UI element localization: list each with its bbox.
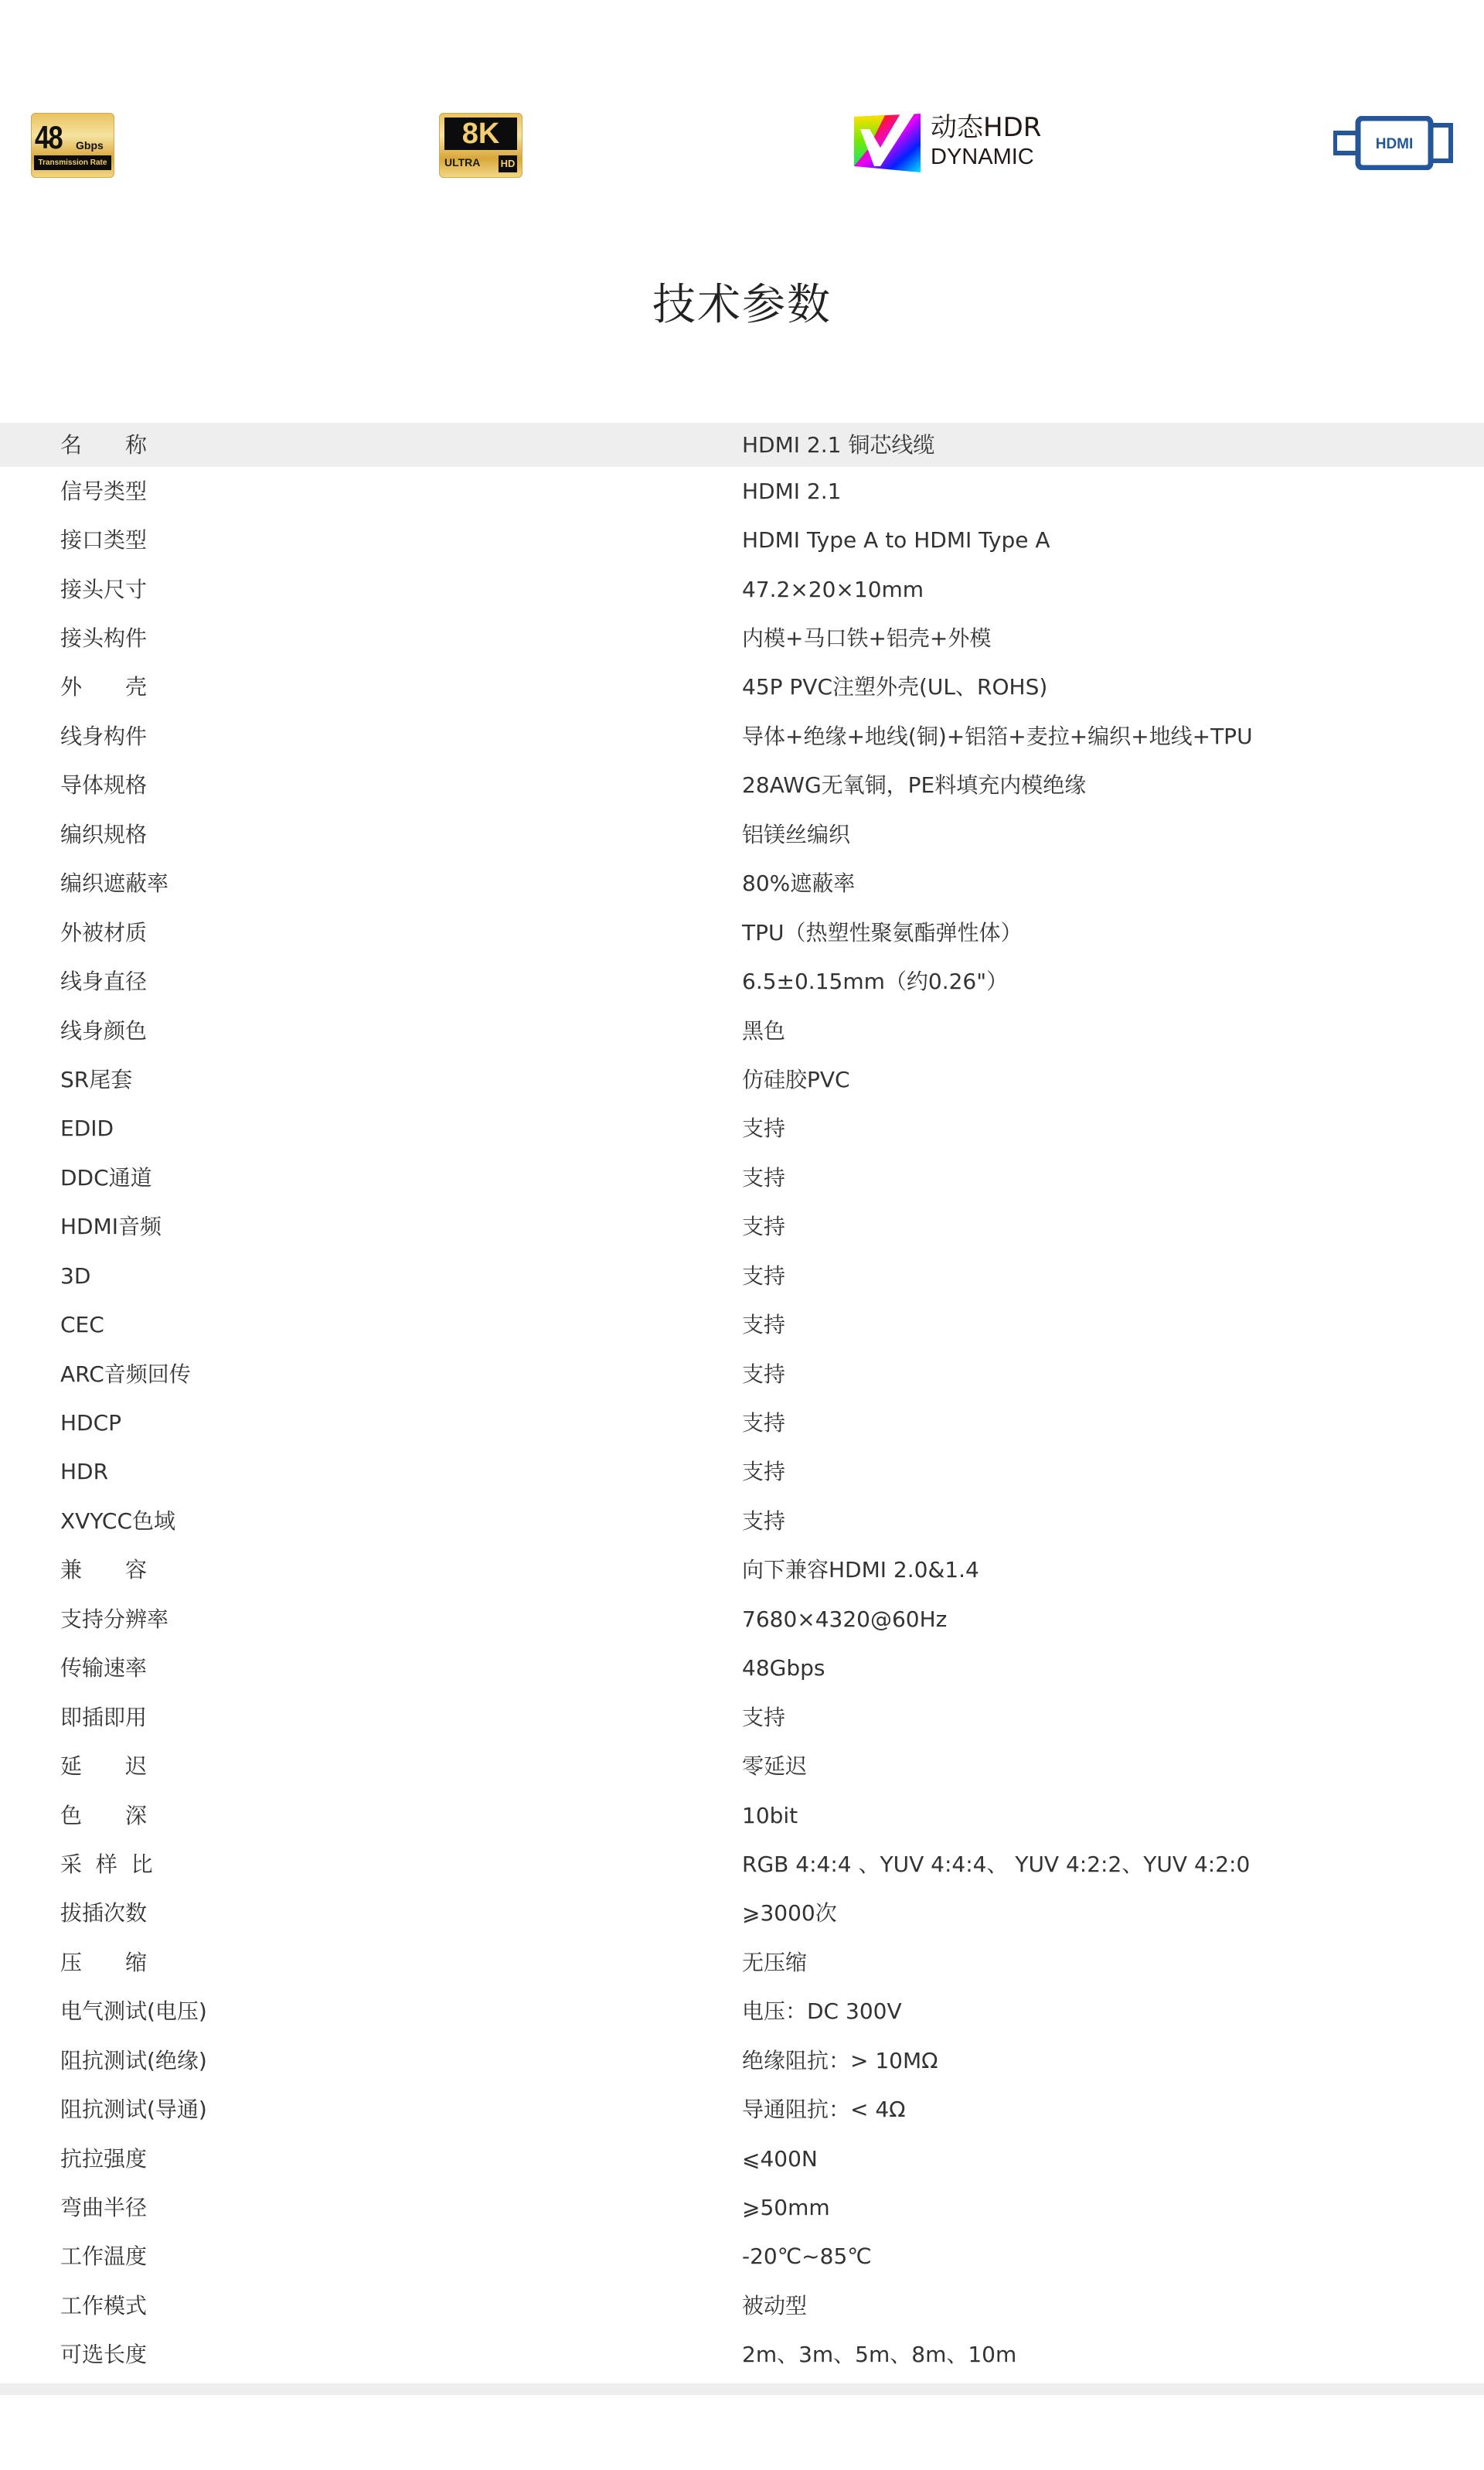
spec-label: CEC <box>60 1312 104 1338</box>
spec-value: 向下兼容HDMI 2.0&1.4 <box>742 1557 979 1583</box>
spec-label: 名 称 <box>60 432 147 458</box>
spec-row: 抗拉强度⩽400N <box>0 2134 1484 2183</box>
spec-value: 黑色 <box>742 1018 785 1044</box>
spec-value: 铝镁丝编织 <box>742 822 850 848</box>
spec-value: 内模+马口铁+铝壳+外模 <box>742 625 991 652</box>
spec-label: 即插即用 <box>60 1705 147 1731</box>
spec-label: 阻抗测试(导通) <box>60 2097 207 2123</box>
spec-label: 编织规格 <box>60 822 147 848</box>
spec-label: 压 缩 <box>60 1950 147 1976</box>
page-title: 技术参数 <box>0 274 1484 336</box>
badge-caption: Transmission Rate <box>34 155 111 170</box>
spec-value: 7680×4320@60Hz <box>742 1606 947 1633</box>
spec-row: 电气测试(电压)电压：DC 300V <box>0 1988 1484 2036</box>
spec-label: 支持分辨率 <box>60 1606 168 1633</box>
spec-value: 导体+绝缘+地线(铜)+铝箔+麦拉+编织+地线+TPU <box>742 724 1253 750</box>
spec-value: 48Gbps <box>742 1655 825 1681</box>
spec-value: 支持 <box>742 1116 785 1142</box>
spec-value: 支持 <box>742 1459 785 1485</box>
badge-unit: Gbps <box>76 139 104 152</box>
spec-label: 接口类型 <box>60 527 147 554</box>
spec-value: 支持 <box>742 1705 785 1731</box>
spec-row: 阻抗测试(绝缘)绝缘阻抗：> 10MΩ <box>0 2036 1484 2085</box>
hdr-checkmark-icon <box>854 114 921 172</box>
spec-row: SR尾套仿硅胶PVC <box>0 1055 1484 1104</box>
spec-value: 45P PVC注塑外壳(UL、ROHS) <box>742 674 1047 700</box>
spec-value: ⩾3000次 <box>742 1900 837 1927</box>
spec-label: 拔插次数 <box>60 1900 147 1927</box>
spec-value: 零延迟 <box>742 1753 807 1780</box>
spec-row: HDMI音频支持 <box>0 1203 1484 1252</box>
spec-label: 线身直径 <box>60 969 147 995</box>
spec-row: 可选长度2m、3m、5m、8m、10m <box>0 2331 1484 2380</box>
spec-value: 仿硅胶PVC <box>742 1067 850 1093</box>
spec-row: 工作温度-20℃~85℃ <box>0 2233 1484 2281</box>
spec-label: HDR <box>60 1459 108 1485</box>
spec-label: 延 迟 <box>60 1753 147 1780</box>
spec-value: ⩽400N <box>742 2146 818 2172</box>
spec-row: 延 迟零延迟 <box>0 1742 1484 1790</box>
spec-row: 传输速率48Gbps <box>0 1644 1484 1693</box>
hdr-logo-en: DYNAMIC <box>931 143 1034 171</box>
spec-label: 接头构件 <box>60 625 147 652</box>
spec-label: 线身颜色 <box>60 1018 147 1044</box>
spec-row: 工作模式被动型 <box>0 2281 1484 2330</box>
spec-table: 名 称 HDMI 2.1 铜芯线缆 信号类型HDMI 2.1接口类型HDMI T… <box>0 423 1484 2380</box>
spec-value: 28AWG无氧铜，PE料填充内模绝缘 <box>742 772 1086 799</box>
spec-row: HDR支持 <box>0 1448 1484 1497</box>
spec-row: 导体规格28AWG无氧铜，PE料填充内模绝缘 <box>0 761 1484 810</box>
spec-label: 导体规格 <box>60 772 147 799</box>
spec-row: 即插即用支持 <box>0 1693 1484 1742</box>
spec-label: 兼 容 <box>60 1557 147 1583</box>
badge-8k-text: 8K <box>444 118 517 150</box>
spec-row: 弯曲半径⩾50mm <box>0 2183 1484 2232</box>
spec-label: ARC音频回传 <box>60 1361 191 1388</box>
spec-label: 信号类型 <box>60 479 147 505</box>
spec-row: 压 缩无压缩 <box>0 1938 1484 1987</box>
spec-value: 无压缩 <box>742 1950 807 1976</box>
spec-row: 支持分辨率7680×4320@60Hz <box>0 1595 1484 1644</box>
spec-value: 导通阻抗：< 4Ω <box>742 2097 906 2123</box>
spec-label: 电气测试(电压) <box>60 1998 207 2025</box>
spec-label: 采 样 比 <box>60 1852 153 1878</box>
spec-label: 编织遮蔽率 <box>60 870 168 897</box>
spec-row: 信号类型HDMI 2.1 <box>0 467 1484 516</box>
spec-row: 线身构件导体+绝缘+地线(铜)+铝箔+麦拉+编织+地线+TPU <box>0 712 1484 761</box>
spec-value: 电压：DC 300V <box>742 1998 902 2025</box>
spec-label: 色 深 <box>60 1803 147 1829</box>
spec-value: 支持 <box>742 1508 785 1535</box>
spec-label: 3D <box>60 1263 90 1290</box>
spec-label: DDC通道 <box>60 1165 152 1191</box>
spec-row: 编织遮蔽率80%遮蔽率 <box>0 860 1484 908</box>
spec-value: 支持 <box>742 1214 785 1240</box>
spec-row: XVYCC色域支持 <box>0 1497 1484 1545</box>
spec-value: 支持 <box>742 1165 785 1191</box>
spec-value: TPU（热塑性聚氨酯弹性体） <box>742 920 1022 946</box>
spec-row: 采 样 比RGB 4:4:4 、YUV 4:4:4、 YUV 4:2:2、YUV… <box>0 1840 1484 1889</box>
spec-label: SR尾套 <box>60 1067 132 1093</box>
hdmi-connector-icon: HDMI <box>1333 116 1454 170</box>
spec-row: 接头尺寸47.2×20×10mm <box>0 565 1484 614</box>
spec-row: EDID支持 <box>0 1105 1484 1153</box>
hdr-logo-cn: 动态HDR <box>931 112 1041 143</box>
spec-label: EDID <box>60 1116 114 1142</box>
spec-row: 编织规格铝镁丝编织 <box>0 810 1484 859</box>
spec-value: 被动型 <box>742 2293 807 2319</box>
svg-text:HDMI: HDMI <box>1376 136 1414 152</box>
spec-value: 支持 <box>742 1312 785 1338</box>
spec-row: CEC支持 <box>0 1300 1484 1349</box>
spec-row: 接头构件内模+马口铁+铝壳+外模 <box>0 614 1484 663</box>
spec-value: 支持 <box>742 1263 785 1290</box>
spec-label: 可选长度 <box>60 2342 147 2368</box>
spec-value: ⩾50mm <box>742 2195 830 2221</box>
48gbps-badge-icon: 48 Gbps Transmission Rate <box>31 113 114 178</box>
spec-value: 6.5±0.15mm（约0.26"） <box>742 969 1008 995</box>
spec-value: HDMI Type A to HDMI Type A <box>742 527 1050 554</box>
bottom-divider <box>0 2383 1484 2395</box>
spec-row-header: 名 称 HDMI 2.1 铜芯线缆 <box>0 423 1484 467</box>
spec-label: HDMI音频 <box>60 1214 162 1240</box>
spec-row: 3D支持 <box>0 1252 1484 1300</box>
spec-value: 支持 <box>742 1361 785 1388</box>
spec-label: 外 壳 <box>60 674 147 700</box>
feature-logos: 48 Gbps Transmission Rate 8K ULTRA HD <box>0 0 1484 216</box>
badge-number: 48 <box>35 121 62 155</box>
spec-row: HDCP支持 <box>0 1399 1484 1447</box>
spec-value: 绝缘阻抗：> 10MΩ <box>742 2048 938 2074</box>
spec-value: 47.2×20×10mm <box>742 577 924 603</box>
spec-label: 弯曲半径 <box>60 2195 147 2221</box>
spec-value: 支持 <box>742 1410 785 1436</box>
spec-row: 外 壳45P PVC注塑外壳(UL、ROHS) <box>0 663 1484 712</box>
spec-label: 线身构件 <box>60 724 147 750</box>
spec-label: 外被材质 <box>60 920 147 946</box>
badge-ultra-text: ULTRA <box>444 154 480 171</box>
spec-row: 接口类型HDMI Type A to HDMI Type A <box>0 516 1484 564</box>
spec-row: 兼 容向下兼容HDMI 2.0&1.4 <box>0 1546 1484 1595</box>
spec-value: RGB 4:4:4 、YUV 4:4:4、 YUV 4:2:2、YUV 4:2:… <box>742 1852 1250 1878</box>
spec-value: HDMI 2.1 <box>742 479 841 505</box>
spec-label: 工作模式 <box>60 2293 147 2319</box>
8k-ultra-hd-badge-icon: 8K ULTRA HD <box>439 113 522 178</box>
dynamic-hdr-logo: 动态HDR DYNAMIC <box>850 112 1051 178</box>
spec-row: 线身颜色黑色 <box>0 1007 1484 1055</box>
spec-value: HDMI 2.1 铜芯线缆 <box>742 432 934 458</box>
spec-row: 线身直径6.5±0.15mm（约0.26"） <box>0 957 1484 1006</box>
spec-row: 阻抗测试(导通)导通阻抗：< 4Ω <box>0 2085 1484 2134</box>
spec-label: XVYCC色域 <box>60 1508 175 1535</box>
spec-row: 外被材质TPU（热塑性聚氨酯弹性体） <box>0 908 1484 957</box>
spec-label: 接头尺寸 <box>60 577 147 603</box>
spec-row: 拔插次数⩾3000次 <box>0 1889 1484 1938</box>
spec-value: 2m、3m、5m、8m、10m <box>742 2342 1016 2368</box>
spec-value: 10bit <box>742 1803 798 1829</box>
spec-label: 工作温度 <box>60 2243 147 2270</box>
spec-label: 阻抗测试(绝缘) <box>60 2048 207 2074</box>
spec-value: 80%遮蔽率 <box>742 870 855 897</box>
spec-label: 传输速率 <box>60 1655 147 1681</box>
badge-hd-text: HD <box>499 155 517 172</box>
spec-row: DDC通道支持 <box>0 1153 1484 1202</box>
spec-value: -20℃~85℃ <box>742 2243 872 2270</box>
spec-label: HDCP <box>60 1410 121 1436</box>
spec-row: 色 深10bit <box>0 1791 1484 1840</box>
spec-label: 抗拉强度 <box>60 2146 147 2172</box>
spec-row: ARC音频回传支持 <box>0 1350 1484 1399</box>
